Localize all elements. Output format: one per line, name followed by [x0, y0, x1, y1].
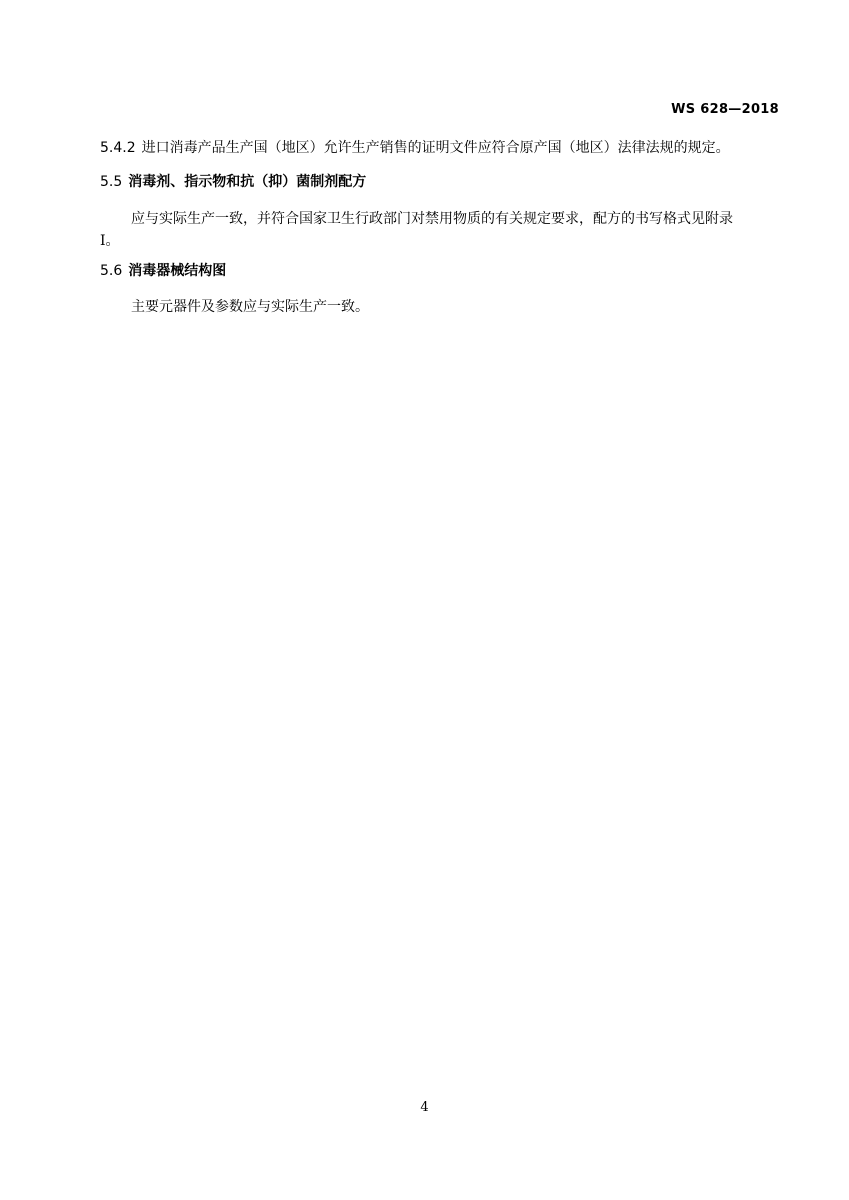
section-title: 消毒器械结构图 — [128, 263, 226, 279]
section-5-5-paragraph-line-2: I。 — [100, 232, 120, 250]
section-heading-5-6: 5.6消毒器械结构图 — [100, 262, 226, 280]
section-title: 消毒剂、指示物和抗（抑）菌制剂配方 — [128, 174, 366, 190]
section-heading-5-5: 5.5消毒剂、指示物和抗（抑）菌制剂配方 — [100, 173, 366, 191]
clause-5-4-2: 5.4.2进口消毒产品生产国（地区）允许生产销售的证明文件应符合原产国（地区）法… — [100, 139, 730, 157]
clause-number: 5.4.2 — [100, 140, 136, 156]
section-number: 5.5 — [100, 174, 122, 190]
section-number: 5.6 — [100, 263, 122, 279]
standard-code-header: WS 628—2018 — [671, 102, 779, 117]
section-5-6-paragraph: 主要元器件及参数应与实际生产一致。 — [131, 298, 369, 316]
section-5-5-paragraph-line-1: 应与实际生产一致，并符合国家卫生行政部门对禁用物质的有关规定要求，配方的书写格式… — [131, 210, 733, 228]
clause-text: 进口消毒产品生产国（地区）允许生产销售的证明文件应符合原产国（地区）法律法规的规… — [142, 140, 730, 156]
page-number: 4 — [0, 1100, 849, 1115]
